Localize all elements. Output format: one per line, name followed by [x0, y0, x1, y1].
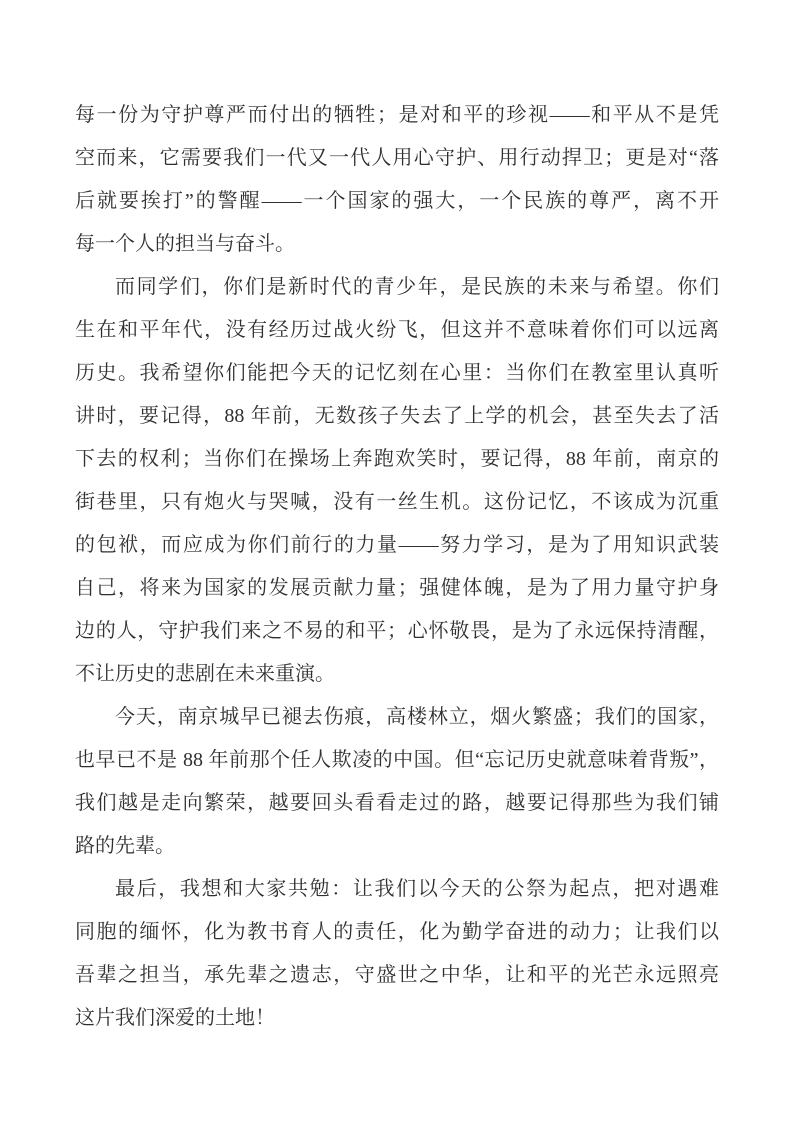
paragraph-2: 而同学们，你们是新时代的青少年，是民族的未来与希望。你们 生在和平年代，没有经历…	[75, 266, 719, 696]
text-line: 讲时，要记得，88 年前，无数孩子失去了上学的机会，甚至失去了活	[75, 395, 719, 438]
text-line: 街巷里，只有炮火与哭喊，没有一丝生机。这份记忆，不该成为沉重	[75, 481, 719, 524]
text-line: 边的人，守护我们来之不易的和平；心怀敬畏，是为了永远保持清醒，	[75, 610, 719, 653]
text-line: 的包袱，而应成为你们前行的力量——努力学习，是为了用知识武装	[75, 524, 719, 567]
text-line: 空而来，它需要我们一代又一代人用心守护、用行动捍卫；更是对“落	[75, 137, 719, 180]
paragraph-1: 每一份为守护尊严而付出的牺牲；是对和平的珍视——和平从不是凭 空而来，它需要我们…	[75, 94, 719, 266]
text-line: 生在和平年代，没有经历过战火纷飞，但这并不意味着你们可以远离	[75, 309, 719, 352]
speech-body-text: 每一份为守护尊严而付出的牺牲；是对和平的珍视——和平从不是凭 空而来，它需要我们…	[75, 94, 719, 1040]
text-line: 这片我们深爱的土地！	[75, 997, 719, 1040]
text-line: 而同学们，你们是新时代的青少年，是民族的未来与希望。你们	[75, 266, 719, 309]
text-line: 吾辈之担当，承先辈之遗志，守盛世之中华，让和平的光芒永远照亮	[75, 954, 719, 997]
text-line: 历史。我希望你们能把今天的记忆刻在心里：当你们在教室里认真听	[75, 352, 719, 395]
document-page: 每一份为守护尊严而付出的牺牲；是对和平的珍视——和平从不是凭 空而来，它需要我们…	[0, 0, 793, 1122]
text-line: 后就要挨打”的警醒——一个国家的强大，一个民族的尊严，离不开	[75, 180, 719, 223]
paragraph-4: 最后，我想和大家共勉：让我们以今天的公祭为起点，把对遇难 同胞的缅怀，化为教书育…	[75, 868, 719, 1040]
text-line: 下去的权利；当你们在操场上奔跑欢笑时，要记得，88 年前，南京的	[75, 438, 719, 481]
text-line: 每一份为守护尊严而付出的牺牲；是对和平的珍视——和平从不是凭	[75, 94, 719, 137]
text-line: 我们越是走向繁荣，越要回头看看走过的路，越要记得那些为我们铺	[75, 782, 719, 825]
text-line: 自己，将来为国家的发展贡献力量；强健体魄，是为了用力量守护身	[75, 567, 719, 610]
text-line: 今天，南京城早已褪去伤痕，高楼林立，烟火繁盛；我们的国家，	[75, 696, 719, 739]
text-line: 每一个人的担当与奋斗。	[75, 223, 719, 266]
text-line: 同胞的缅怀，化为教书育人的责任，化为勤学奋进的动力；让我们以	[75, 911, 719, 954]
text-line: 不让历史的悲剧在未来重演。	[75, 653, 719, 696]
text-line: 路的先辈。	[75, 825, 719, 868]
text-line: 最后，我想和大家共勉：让我们以今天的公祭为起点，把对遇难	[75, 868, 719, 911]
paragraph-3: 今天，南京城早已褪去伤痕，高楼林立，烟火繁盛；我们的国家， 也早已不是 88 年…	[75, 696, 719, 868]
text-line: 也早已不是 88 年前那个任人欺凌的中国。但“忘记历史就意味着背叛”，	[75, 739, 719, 782]
